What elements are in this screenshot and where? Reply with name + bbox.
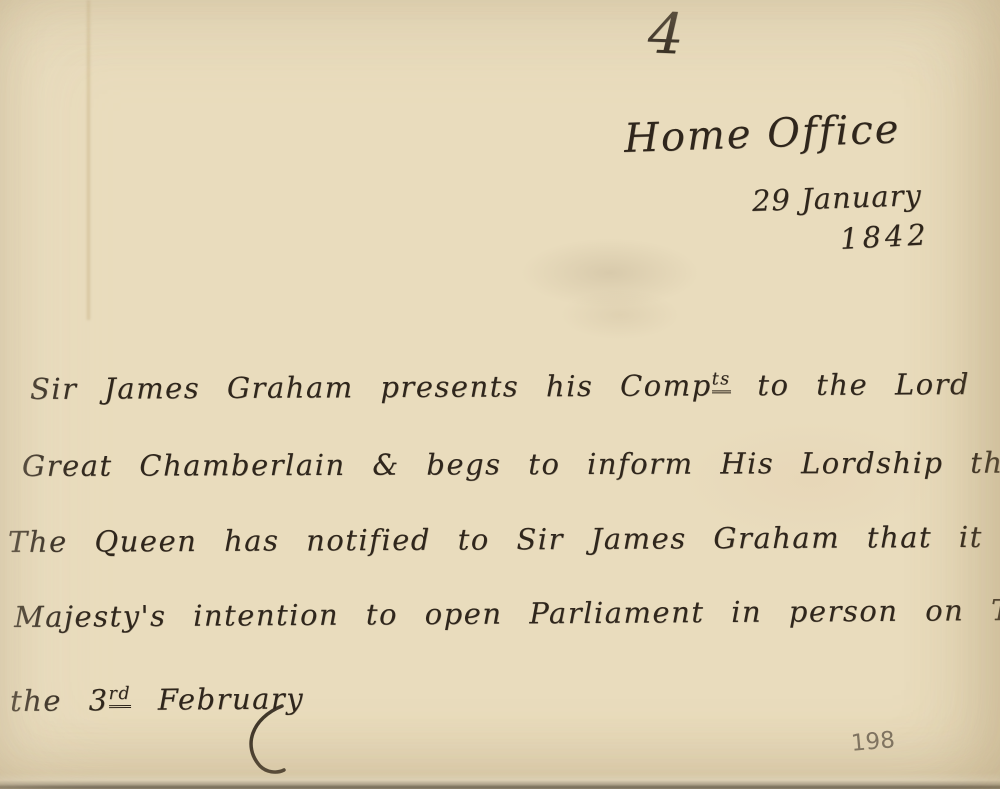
superscript-compts: ts [712,370,731,394]
paper-bottom-edge [0,773,1000,789]
body-line-4: Majesty's intention to open Parliament i… [14,592,1000,634]
superscript-3rd: rd [109,684,132,708]
body-line-1-text: Sir James Graham presents his Comp [30,368,712,406]
body-line-1-tail: to the Lord [731,367,971,402]
body-line-2: Great Chamberlain & begs to inform His L… [22,445,1000,483]
date-day-month: 29 January [751,178,922,218]
paper-crease [86,0,91,320]
body-line-5-tail: February [131,681,304,717]
ink-smudge-stain [520,238,700,308]
body-line-5-text: the 3 [10,683,109,718]
page-number: 4 [647,1,685,67]
letter-page: 4 Home Office 29 January 1842 Sir James … [0,0,1000,789]
body-line-5: the 3rd February [10,681,304,718]
letterhead-office: Home Office [623,106,901,162]
body-line-1: Sir James Graham presents his Compts to … [30,367,970,406]
pencil-folio-number: 198 [850,727,896,757]
body-line-3: The Queen has notified to Sir James Grah… [8,519,1000,559]
faint-smudge-stain [560,290,680,340]
date-year: 1842 [839,217,930,256]
